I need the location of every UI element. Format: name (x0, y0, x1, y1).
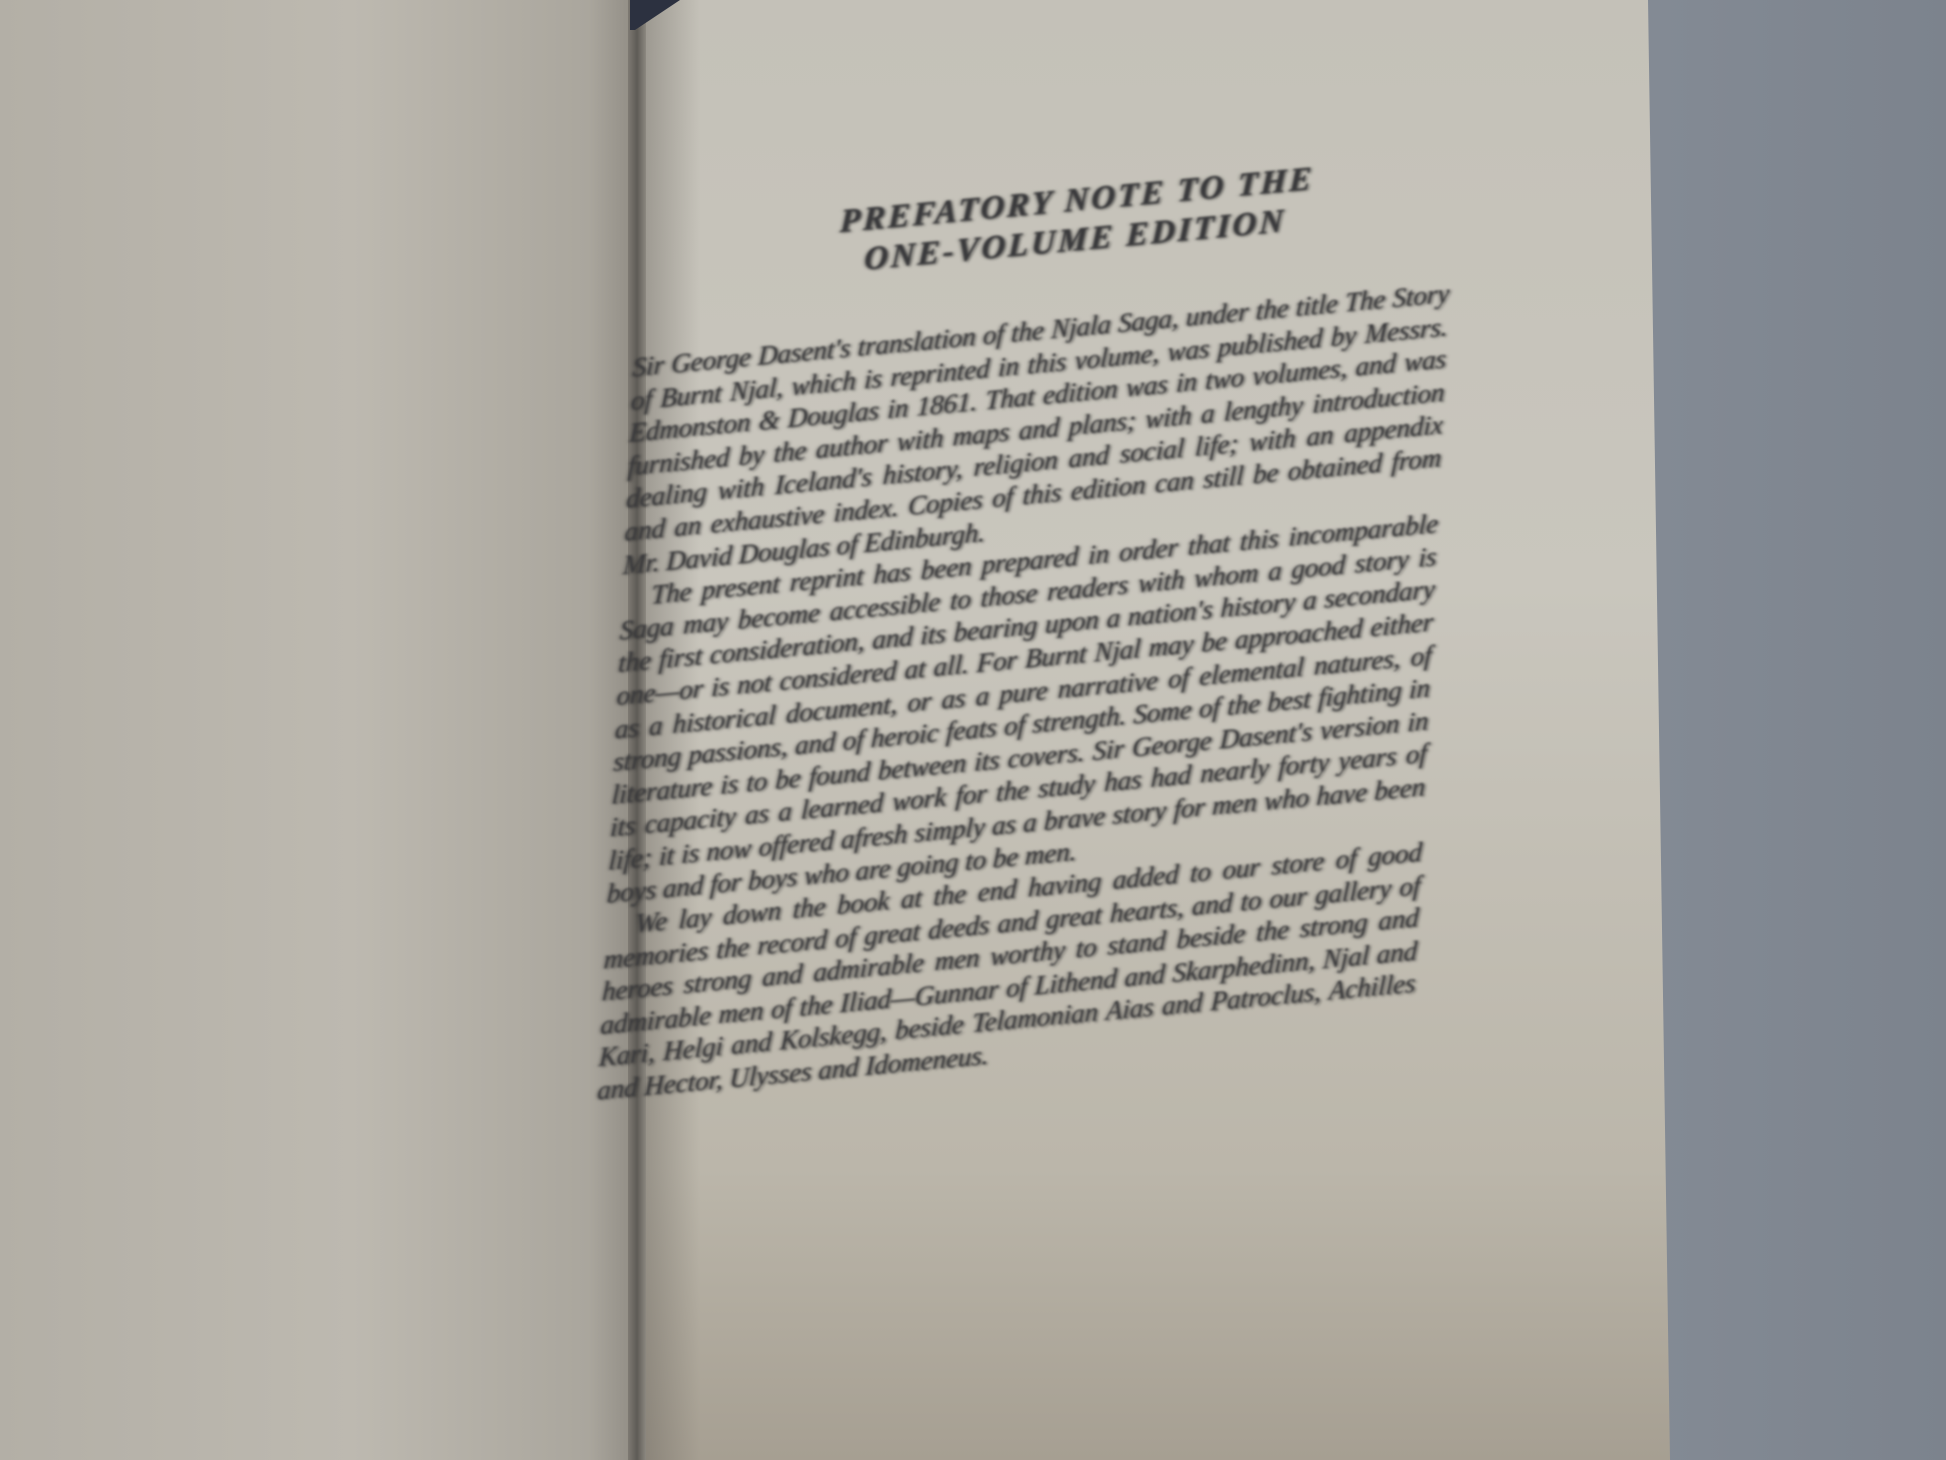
page-text: PREFATORY NOTE TO THE ONE-VOLUME EDITION… (597, 146, 1457, 1108)
left-blank-page (0, 0, 640, 1460)
